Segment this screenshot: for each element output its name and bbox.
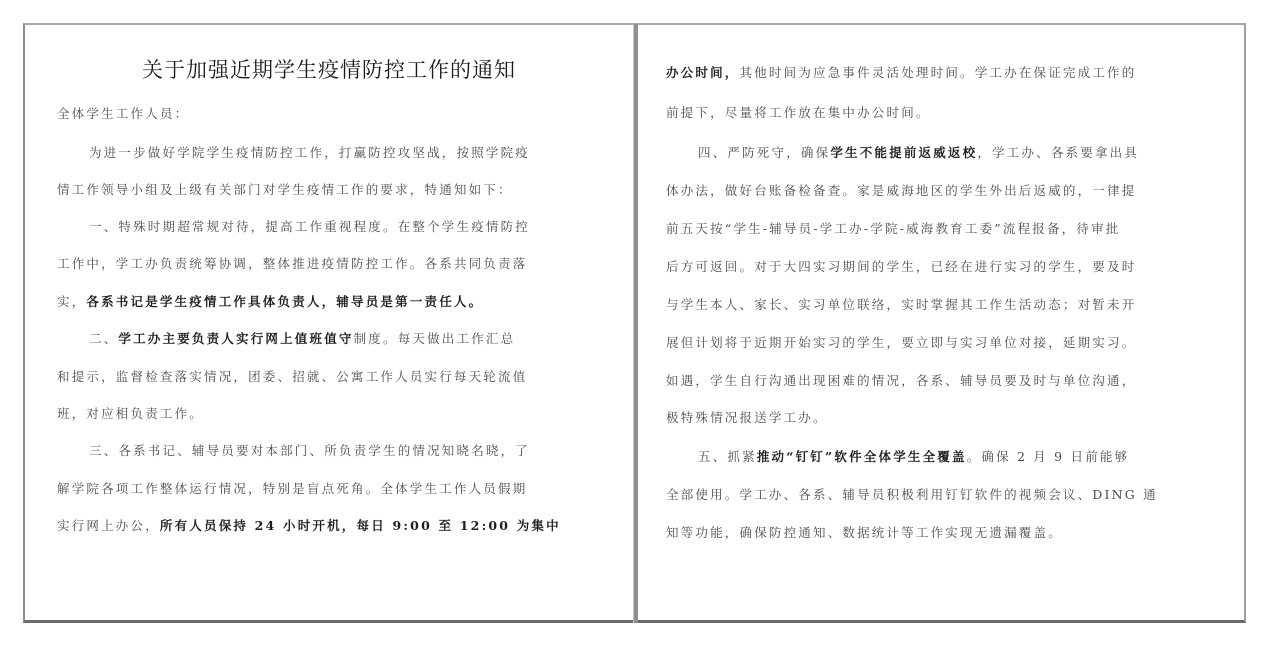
text-line: 知等功能，确保防控通知、数据统计等工作实现无遗漏覆盖。 <box>666 523 1063 543</box>
text-line: 三、各系书记、辅导员要对本部门、所负责学生的情况知晓名晓，了 <box>89 441 530 461</box>
text-run: 工作中，学工办负责统筹协调，整体推进疫情防控工作。各系共同负责落 <box>57 256 527 271</box>
text-run: 。确保 2 月 9 日前能够 <box>967 449 1130 464</box>
right-page: 办公时间，其他时间为应急事件灵活处理时间。学工办在保证完成工作的前提下，尽量将工… <box>638 24 1245 622</box>
text-run: 五、抓紧 <box>698 449 757 464</box>
text-run: 极特殊情况报送学工办。 <box>666 410 828 425</box>
text-run: 制度。每天做出工作汇总 <box>354 331 516 346</box>
text-line: 五、抓紧推动“钉钉”软件全体学生全覆盖。确保 2 月 9 日前能够 <box>698 447 1129 467</box>
text-line: 四、严防死守，确保学生不能提前返威返校，学工办、各系要拿出具 <box>698 143 1139 163</box>
text-run: 解学院各项工作整体运行情况，特别是盲点死角。全体学生工作人员假期 <box>57 481 527 496</box>
text-run: 展但计划将于近期开始实习的学生，要立即与实习单位对接，延期实习。 <box>666 335 1136 350</box>
bold-text-run: 各系书记是学生疫情工作具体负责人，辅导员是第一责任人。 <box>86 294 483 309</box>
text-run: 与学生本人、家长、实习单位联络，实时掌握其工作生活动态；对暂未开 <box>666 297 1136 312</box>
text-line: 为进一步做好学院学生疫情防控工作，打赢防控攻坚战，按照学院疫 <box>89 143 530 163</box>
text-run: 前五天按“学生-辅导员-学工办-学院-威海教育工委”流程报备，待审批 <box>666 221 1120 236</box>
text-run: 如遇，学生自行沟通出现困难的情况，各系、辅导员要及时与单位沟通， <box>666 373 1136 388</box>
text-line: 解学院各项工作整体运行情况，特别是盲点死角。全体学生工作人员假期 <box>57 479 527 499</box>
text-line: 全体学生工作人员： <box>57 104 189 124</box>
text-run: 三、各系书记、辅导员要对本部门、所负责学生的情况知晓名晓，了 <box>89 443 530 458</box>
text-run: 和提示，监督检查落实情况，团委、招就、公寓工作人员实行每天轮流值 <box>57 369 527 384</box>
text-run: 情工作领导小组及上级有关部门对学生疫情工作的要求，特通知如下： <box>57 182 513 197</box>
bold-text-run: 学工办主要负责人实行网上值班值守 <box>118 331 353 346</box>
text-run: 全体学生工作人员： <box>57 106 189 121</box>
text-run: 四、严防死守，确保 <box>698 145 830 160</box>
text-line: 全部使用。学工办、各系、辅导员积极利用钉钉软件的视频会议、DING 通 <box>666 485 1158 505</box>
text-line: 后方可返回。对于大四实习期间的学生，已经在进行实习的学生，要及时 <box>666 257 1136 277</box>
text-run: 体办法，做好台账备检备查。家是威海地区的学生外出后返威的，一律提 <box>666 183 1136 198</box>
document-title: 关于加强近期学生疫情防控工作的通知 <box>25 56 633 84</box>
text-run: 为进一步做好学院学生疫情防控工作，打赢防控攻坚战，按照学院疫 <box>89 145 530 160</box>
text-run: 二、 <box>89 331 118 346</box>
bold-text-run: 办公时间， <box>666 65 740 80</box>
text-run: 全部使用。学工办、各系、辅导员积极利用钉钉软件的视频会议、DING 通 <box>666 487 1158 502</box>
text-line: 班，对应相负责工作。 <box>57 404 204 424</box>
text-line: 实，各系书记是学生疫情工作具体负责人，辅导员是第一责任人。 <box>57 292 483 312</box>
text-line: 与学生本人、家长、实习单位联络，实时掌握其工作生活动态；对暂未开 <box>666 295 1136 315</box>
text-line: 前提下，尽量将工作放在集中办公时间。 <box>666 103 931 123</box>
text-line: 一、特殊时期超常规对待，提高工作重视程度。在整个学生疫情防控 <box>89 217 530 237</box>
text-line: 办公时间，其他时间为应急事件灵活处理时间。学工办在保证完成工作的 <box>666 63 1136 83</box>
text-line: 和提示，监督检查落实情况，团委、招就、公寓工作人员实行每天轮流值 <box>57 367 527 387</box>
text-run: 知等功能，确保防控通知、数据统计等工作实现无遗漏覆盖。 <box>666 525 1063 540</box>
text-line: 实行网上办公，所有人员保持 24 小时开机，每日 9:00 至 12:00 为集… <box>57 516 561 536</box>
text-run: 班，对应相负责工作。 <box>57 406 204 421</box>
text-line: 体办法，做好台账备检备查。家是威海地区的学生外出后返威的，一律提 <box>666 181 1136 201</box>
bold-text-run: 学生不能提前返威返校 <box>830 145 977 160</box>
text-run: 后方可返回。对于大四实习期间的学生，已经在进行实习的学生，要及时 <box>666 259 1136 274</box>
text-run: 实， <box>57 294 86 309</box>
text-run: 一、特殊时期超常规对待，提高工作重视程度。在整个学生疫情防控 <box>89 219 530 234</box>
text-line: 如遇，学生自行沟通出现困难的情况，各系、辅导员要及时与单位沟通， <box>666 371 1136 391</box>
bold-text-run: 所有人员保持 24 小时开机，每日 9:00 至 12:00 为集中 <box>160 518 561 533</box>
bold-text-run: 推动“钉钉”软件全体学生全覆盖 <box>757 449 967 464</box>
left-page: 关于加强近期学生疫情防控工作的通知 全体学生工作人员：为进一步做好学院学生疫情防… <box>25 24 633 622</box>
text-line: 情工作领导小组及上级有关部门对学生疫情工作的要求，特通知如下： <box>57 180 513 200</box>
text-run: 实行网上办公， <box>57 518 160 533</box>
text-line: 工作中，学工办负责统筹协调，整体推进疫情防控工作。各系共同负责落 <box>57 254 527 274</box>
text-run: 前提下，尽量将工作放在集中办公时间。 <box>666 105 931 120</box>
text-run: 其他时间为应急事件灵活处理时间。学工办在保证完成工作的 <box>740 65 1137 80</box>
text-line: 前五天按“学生-辅导员-学工办-学院-威海教育工委”流程报备，待审批 <box>666 219 1120 239</box>
text-line: 二、学工办主要负责人实行网上值班值守制度。每天做出工作汇总 <box>89 329 515 349</box>
text-line: 展但计划将于近期开始实习的学生，要立即与实习单位对接，延期实习。 <box>666 333 1136 353</box>
text-line: 极特殊情况报送学工办。 <box>666 408 828 428</box>
text-run: ，学工办、各系要拿出具 <box>977 145 1139 160</box>
